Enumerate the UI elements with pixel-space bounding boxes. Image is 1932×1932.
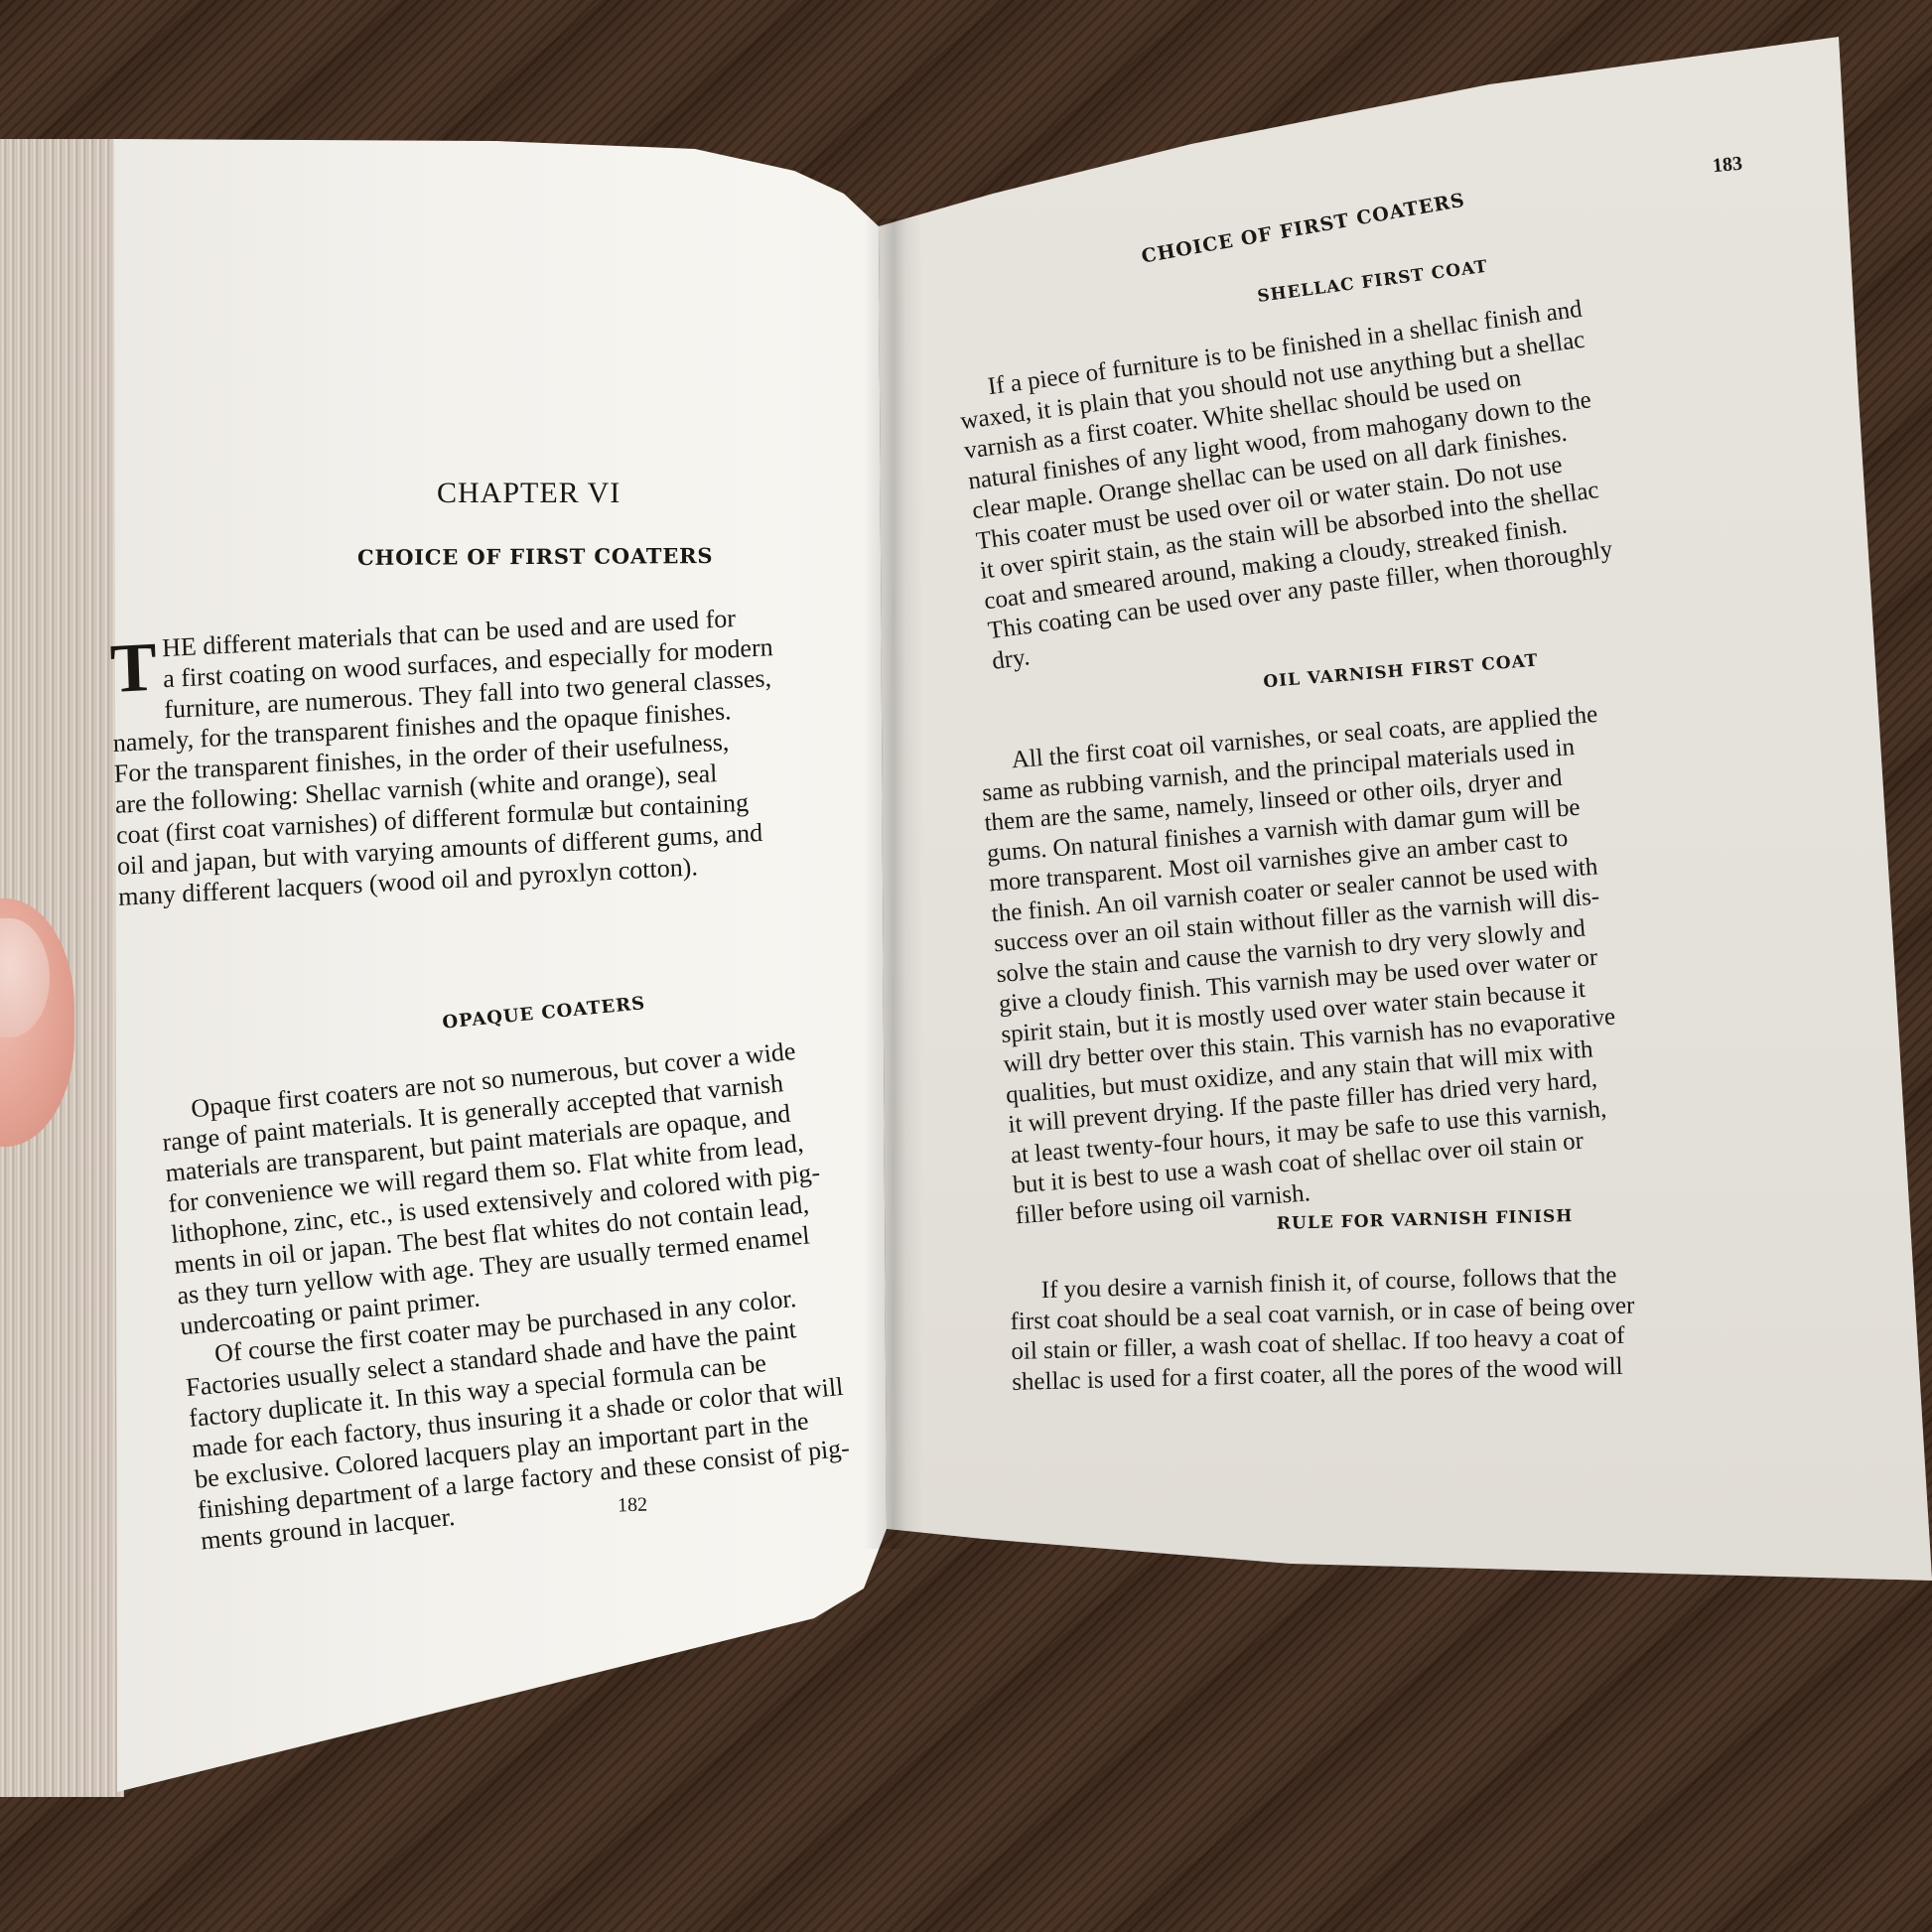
rule-for-varnish-section: RULE FOR VARNISH FINISH If you desire a … [1008,1199,1846,1398]
opaque-coaters-section: OPAQUE COATERS Opaque first coaters are … [149,927,983,1556]
chapter-label: CHAPTER VI [437,477,621,510]
page-number: 183 [1712,153,1743,179]
intro-paragraph: T HE different materials that can be use… [109,593,932,912]
page-number: 182 [618,1493,648,1517]
chapter-title: CHOICE OF FIRST COATERS [357,543,713,570]
dropcap: T [109,639,158,699]
oil-varnish-section: OIL VARNISH FIRST COAT All the first coa… [978,673,1867,1232]
